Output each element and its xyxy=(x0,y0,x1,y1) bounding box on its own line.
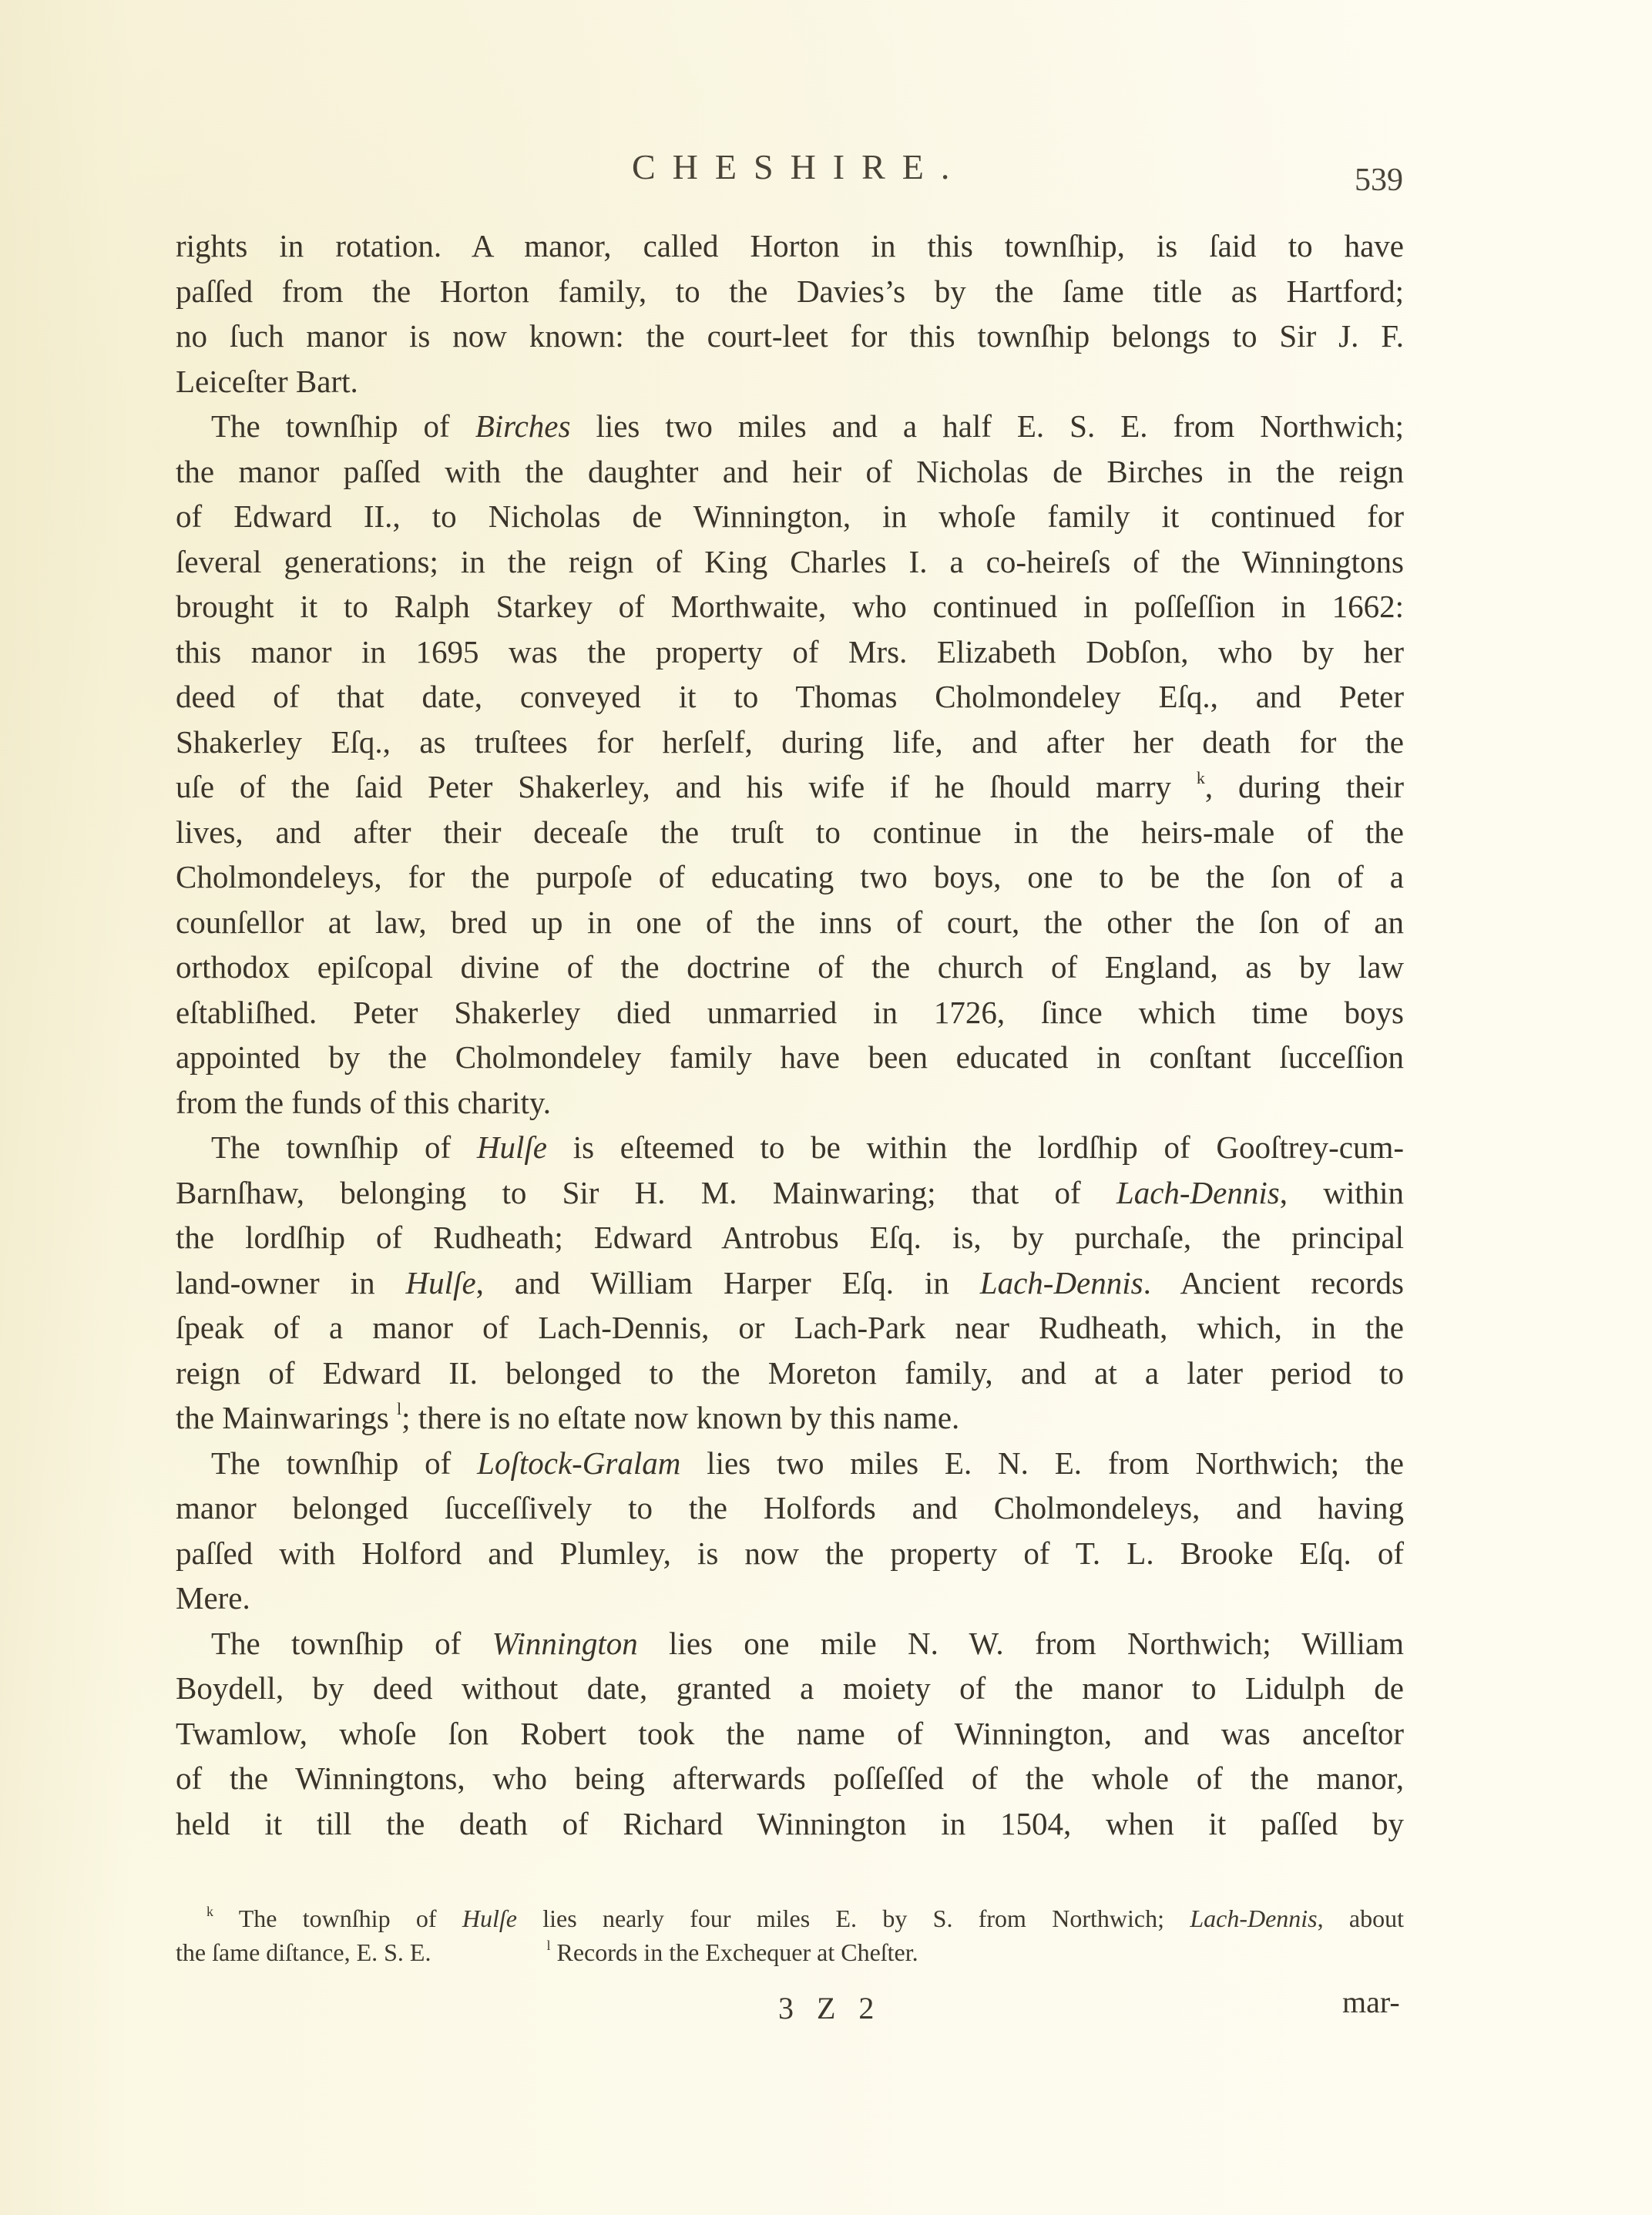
text-line: manor belonged ſucceſſively to the Holfo… xyxy=(176,1485,1404,1531)
text-line: reign of Edward II. belonged to the More… xyxy=(176,1351,1404,1396)
paragraph: rights in rotation. A manor, called Hort… xyxy=(176,223,1404,404)
text-line: The townſhip of Winnington lies one mile… xyxy=(176,1621,1404,1666)
running-head-title: CHESHIRE. xyxy=(632,146,966,187)
footnote-l-text: Records in the Exchequer at Cheſter. xyxy=(550,1938,918,1966)
text-line: ſpeak of a manor of Lach-Dennis, or Lach… xyxy=(176,1305,1404,1351)
text-line: ſeveral generations; in the reign of Kin… xyxy=(176,539,1404,585)
text-line: the lordſhip of Rudheath; Edward Antrobu… xyxy=(176,1215,1404,1260)
text-line: brought it to Ralph Starkey of Morthwait… xyxy=(176,584,1404,629)
text-line: The townſhip of Hulſe is eſteemed to be … xyxy=(176,1125,1404,1170)
text-line: from the funds of this charity. xyxy=(176,1080,1404,1126)
italic-place-name: Lach-Dennis xyxy=(1116,1175,1280,1210)
footnote-reference: l xyxy=(397,1399,401,1418)
footnote-reference: k xyxy=(1197,768,1205,787)
text-line: Mere. xyxy=(176,1576,1404,1621)
text-line: land-owner in Hulſe, and William Harper … xyxy=(176,1260,1404,1306)
italic-place-name: Lach-Dennis xyxy=(980,1265,1143,1300)
italic-place-name: Winnington xyxy=(492,1626,638,1661)
text-line: lives, and after their deceaſe the truſt… xyxy=(176,810,1404,855)
book-page: CHESHIRE. 539 rights in rotation. A mano… xyxy=(0,0,1652,2215)
text-line: appointed by the Cholmondeley family hav… xyxy=(176,1035,1404,1080)
catchword: mar- xyxy=(1342,1984,1400,2020)
text-line: of Edward II., to Nicholas de Winnington… xyxy=(176,494,1404,539)
paragraph: The townſhip of Winnington lies one mile… xyxy=(176,1621,1404,1847)
signature-mark: 3 Z 2 xyxy=(778,1990,881,2026)
italic-place-name: Hulſe xyxy=(477,1129,547,1165)
page-number: 539 xyxy=(1355,162,1403,199)
text-line: rights in rotation. A manor, called Hort… xyxy=(176,223,1404,269)
text-line: eſtabliſhed. Peter Shakerley died unmarr… xyxy=(176,990,1404,1035)
text-line: the manor paſſed with the daughter and h… xyxy=(176,449,1404,495)
paragraph: The townſhip of Birches lies two miles a… xyxy=(176,404,1404,1125)
text-line: of the Winningtons, who being afterwards… xyxy=(176,1756,1404,1801)
text-line: Twamlow, whoſe ſon Robert took the name … xyxy=(176,1711,1404,1757)
text-line: paſſed from the Horton family, to the Da… xyxy=(176,269,1404,314)
text-line: no ſuch manor is now known: the court-le… xyxy=(176,314,1404,359)
footnote-line-2: the ſame diſtance, E. S. E.l Records in … xyxy=(176,1935,1404,1969)
text-line: Boydell, by deed without date, granted a… xyxy=(176,1666,1404,1711)
footnote-marker-k: k xyxy=(206,1904,213,1919)
paragraph: The townſhip of Hulſe is eſteemed to be … xyxy=(176,1125,1404,1441)
text-line: uſe of the ſaid Peter Shakerley, and his… xyxy=(176,764,1404,810)
italic-place-name: Hulſe xyxy=(462,1905,517,1932)
text-line: the Mainwarings l; there is no eſtate no… xyxy=(176,1395,1404,1441)
text-line: Leiceſter Bart. xyxy=(176,359,1404,404)
text-line: Shakerley Eſq., as truſtees for herſelf,… xyxy=(176,720,1404,765)
text-line: paſſed with Holford and Plumley, is now … xyxy=(176,1531,1404,1576)
text-line: this manor in 1695 was the property of M… xyxy=(176,629,1404,675)
footnote-k-line-1: k The townſhip of Hulſe lies nearly four… xyxy=(176,1901,1404,1935)
text-line: held it till the death of Richard Winnin… xyxy=(176,1801,1404,1847)
text-line: deed of that date, conveyed it to Thomas… xyxy=(176,674,1404,720)
italic-place-name: Birches xyxy=(475,408,571,444)
text-line: The townſhip of Birches lies two miles a… xyxy=(176,404,1404,449)
footnote-k-continuation: the ſame diſtance, E. S. E. xyxy=(176,1938,431,1966)
text-line: The townſhip of Loſtock-Gralam lies two … xyxy=(176,1441,1404,1486)
text-line: counſellor at law, bred up in one of the… xyxy=(176,900,1404,945)
paragraph: The townſhip of Loſtock-Gralam lies two … xyxy=(176,1441,1404,1621)
main-text-body: rights in rotation. A manor, called Hort… xyxy=(176,223,1404,1846)
footnotes: k The townſhip of Hulſe lies nearly four… xyxy=(176,1901,1404,1969)
text-line: Barnſhaw, belonging to Sir H. M. Mainwar… xyxy=(176,1170,1404,1216)
italic-place-name: Hulſe xyxy=(406,1265,476,1300)
italic-place-name: Loſtock-Gralam xyxy=(477,1445,680,1481)
text-line: orthodox epiſcopal divine of the doctrin… xyxy=(176,945,1404,990)
text-line: Cholmondeleys, for the purpoſe of educat… xyxy=(176,854,1404,900)
italic-place-name: Lach-Dennis xyxy=(1190,1905,1317,1932)
